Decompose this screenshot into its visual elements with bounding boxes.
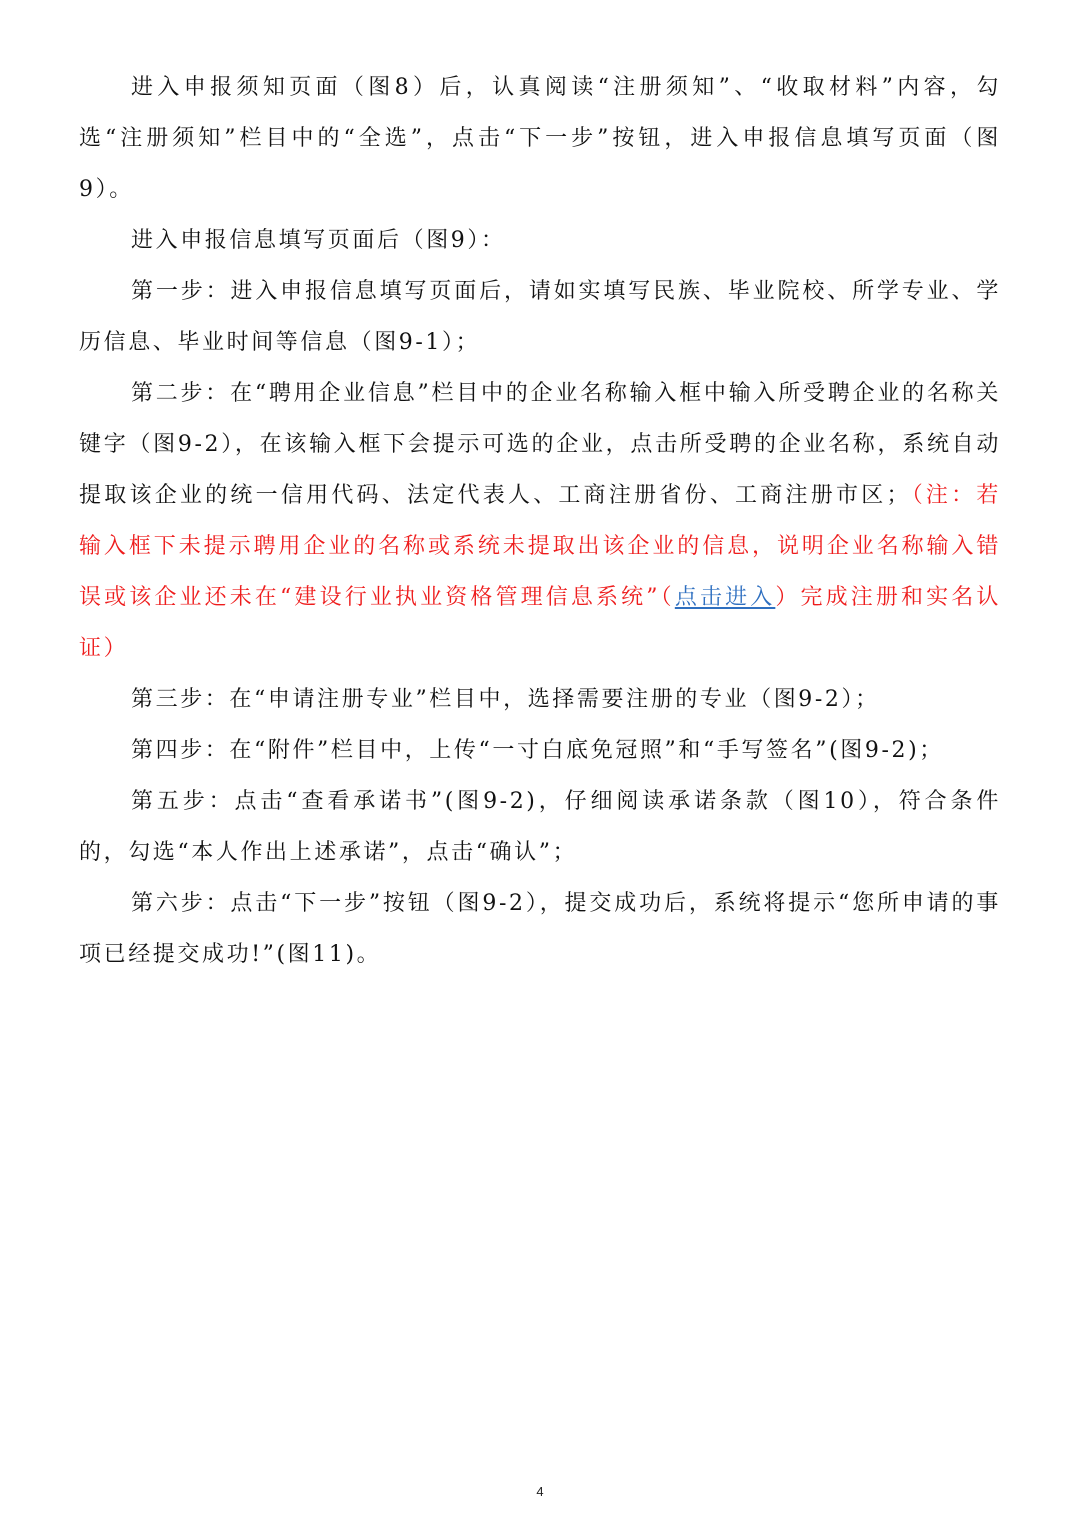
paragraph-step-1: 第一步：进入申报信息填写页面后，请如实填写民族、毕业院校、所学专业、学历信息、毕…: [79, 266, 1001, 368]
paragraph-step-4: 第四步：在“附件”栏目中，上传“一寸白底免冠照”和“手写签名”(图9-2)；: [79, 725, 1001, 776]
paragraph-step-2: 第二步：在“聘用企业信息”栏目中的企业名称输入框中输入所受聘企业的名称关键字（图…: [79, 368, 1001, 674]
paragraph-step-6: 第六步：点击“下一步”按钮（图9-2），提交成功后，系统将提示“您所申请的事项已…: [79, 878, 1001, 980]
document-body: 进入申报须知页面（图8）后，认真阅读“注册须知”、“收取材料”内容，勾选“注册须…: [79, 62, 1001, 980]
paragraph-intro-notice: 进入申报须知页面（图8）后，认真阅读“注册须知”、“收取材料”内容，勾选“注册须…: [79, 62, 1001, 215]
step-2-text: 第二步：在“聘用企业信息”栏目中的企业名称输入框中输入所受聘企业的名称关键字（图…: [79, 381, 1001, 508]
paragraph-step-5: 第五步：点击“查看承诺书”(图9-2)，仔细阅读承诺条款（图10），符合条件的，…: [79, 776, 1001, 878]
page-number: 4: [0, 1484, 1080, 1499]
document-page: 进入申报须知页面（图8）后，认真阅读“注册须知”、“收取材料”内容，勾选“注册须…: [0, 0, 1080, 1528]
enter-system-link[interactable]: 点击进入: [675, 585, 776, 610]
paragraph-step-3: 第三步：在“申请注册专业”栏目中，选择需要注册的专业（图9-2）；: [79, 674, 1001, 725]
paragraph-info-page-intro: 进入申报信息填写页面后（图9）：: [79, 215, 1001, 266]
step-2-note: （注：若输入框下未提示聘用企业的名称或系统未提取出该企业的信息，说明企业名称输入…: [79, 483, 1001, 661]
